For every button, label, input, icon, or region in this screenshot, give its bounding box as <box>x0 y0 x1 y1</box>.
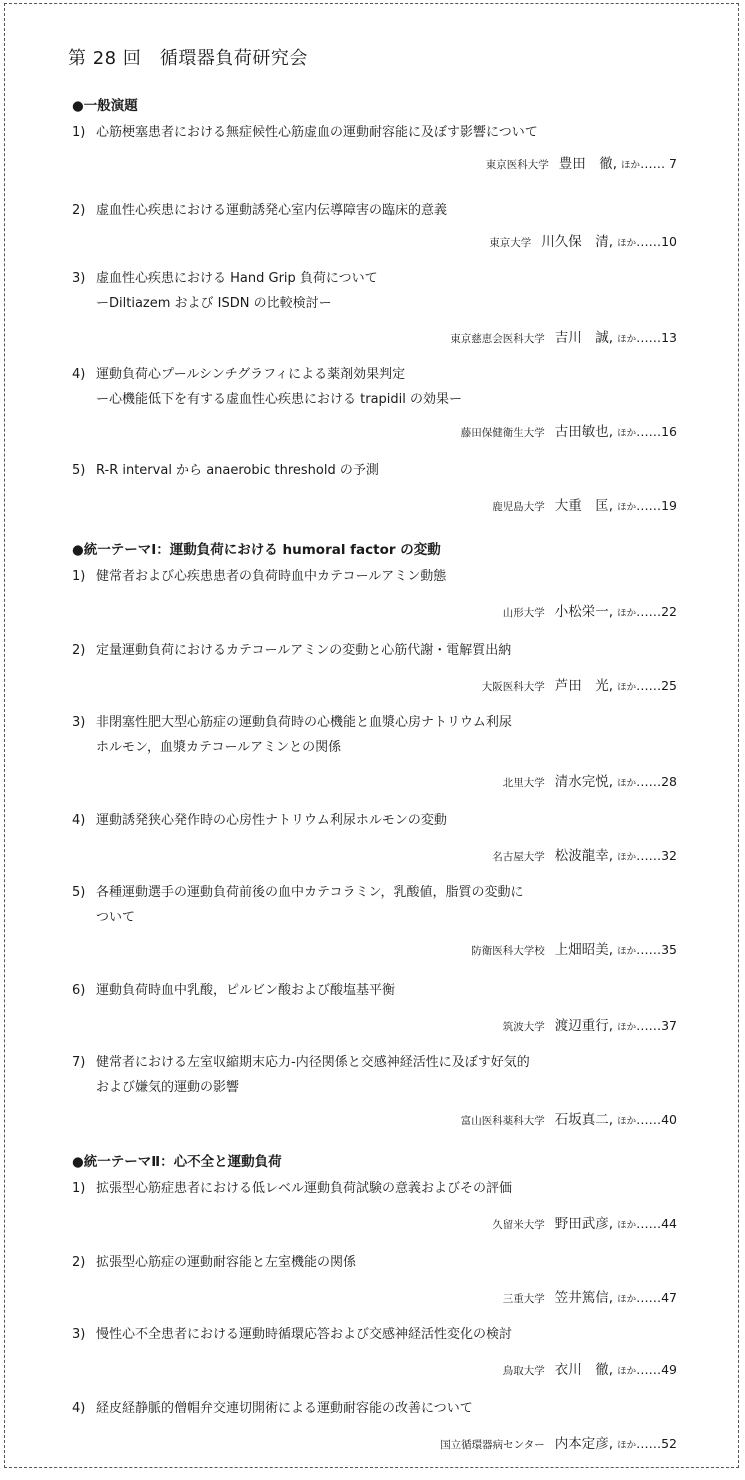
affiliation: 鳥取大学 <box>503 1365 545 1377</box>
item-line: 非閉塞性肥大型心筋症の運動負荷時の心機能と血漿心房ナトリウム利尿 <box>96 715 512 730</box>
toc-item-author: 北里大学清水完悦,ほか……28 <box>503 770 677 790</box>
affiliation: 富山医科薬科大学 <box>461 1115 545 1127</box>
toc-item-author: 山形大学小松栄一,ほか……22 <box>503 600 677 620</box>
author-name: 吉川 誠, <box>555 330 613 346</box>
et-al: ほか <box>617 778 636 789</box>
page-number[interactable]: ……16 <box>636 424 677 439</box>
page-number[interactable]: ……13 <box>636 330 677 345</box>
page-number[interactable]: ……19 <box>636 498 677 513</box>
toc-item-author: 藤田保健衛生大学古田敏也,ほか……16 <box>461 420 677 440</box>
item-line: 心筋梗塞患者における無症候性心筋虚血の運動耐容能に及ぼす影響について <box>96 125 538 140</box>
et-al: ほか <box>617 1366 636 1377</box>
item-line: R-R interval から anaerobic threshold の予測 <box>96 463 379 478</box>
page-title: 第 28 回 循環器負荷研究会 <box>68 44 308 70</box>
section-heading-theme-1: ●統一テーマⅠ：運動負荷における humoral factor の変動 <box>72 538 441 558</box>
item-line: 運動誘発狭心発作時の心房性ナトリウム利尿ホルモンの変動 <box>96 813 447 828</box>
author-name: 渡辺重行, <box>555 1018 613 1034</box>
item-line: 経皮経静脈的僧帽弁交連切開術による運動耐容能の改善について <box>96 1401 473 1416</box>
item-number: 2) <box>72 198 96 223</box>
item-line-cont: ホルモン，血漿カテコールアミンとの関係 <box>72 735 512 760</box>
toc-item-title[interactable]: 4)運動誘発狭心発作時の心房性ナトリウム利尿ホルモンの変動 <box>72 808 447 833</box>
toc-item-author: 防衛医科大学校上畑昭美,ほか……35 <box>471 938 677 958</box>
item-line: 慢性心不全患者における運動時循環応答および交感神経活性変化の検討 <box>96 1327 512 1342</box>
page-number[interactable]: ……37 <box>636 1018 677 1033</box>
page-number[interactable]: …… 7 <box>640 156 677 171</box>
et-al: ほか <box>621 160 640 171</box>
toc-item-author: 鳥取大学衣川 徹,ほか……49 <box>503 1358 677 1378</box>
et-al: ほか <box>617 1294 636 1305</box>
author-name: 清水完悦, <box>555 774 613 790</box>
author-name: 衣川 徹, <box>555 1362 613 1378</box>
page-number[interactable]: ……22 <box>636 604 677 619</box>
page-number[interactable]: ……47 <box>636 1290 677 1305</box>
toc-item-title[interactable]: 5)R-R interval から anaerobic threshold の予… <box>72 458 379 483</box>
author-name: 笠井篤信, <box>555 1290 613 1306</box>
toc-item-author: 三重大学笠井篤信,ほか……47 <box>503 1286 677 1306</box>
page-number[interactable]: ……32 <box>636 848 677 863</box>
toc-item-title[interactable]: 2)虚血性心疾患における運動誘発心室内伝導障害の臨床的意義 <box>72 198 447 223</box>
page-number[interactable]: ……49 <box>636 1362 677 1377</box>
page-number[interactable]: ……10 <box>636 234 677 249</box>
item-line: 拡張型心筋症の運動耐容能と左室機能の関係 <box>96 1255 356 1270</box>
item-line: 定量運動負荷におけるカテコールアミンの変動と心筋代謝・電解質出納 <box>96 643 511 658</box>
item-number: 4) <box>72 808 96 833</box>
item-number: 3) <box>72 710 96 735</box>
toc-item-author: 大阪医科大学芦田 光,ほか……25 <box>482 674 677 694</box>
toc-item-title[interactable]: 4)経皮経静脈的僧帽弁交連切開術による運動耐容能の改善について <box>72 1396 473 1421</box>
toc-item-author: 富山医科薬科大学石坂真二,ほか……40 <box>461 1108 677 1128</box>
author-name: 小松栄一, <box>555 604 613 620</box>
affiliation: 大阪医科大学 <box>482 681 545 693</box>
et-al: ほか <box>617 1116 636 1127</box>
author-name: 内本定彦, <box>555 1436 613 1452</box>
item-line: 虚血性心疾患における運動誘発心室内伝導障害の臨床的意義 <box>96 203 447 218</box>
toc-item-title[interactable]: 6)運動負荷時血中乳酸，ピルビン酸および酸塩基平衡 <box>72 978 395 1003</box>
page-number[interactable]: ……52 <box>636 1436 677 1451</box>
toc-item-author: 名古屋大学松波龍幸,ほか……32 <box>492 844 677 864</box>
toc-item-title[interactable]: 7)健常者における左室収縮期末応力-内径関係と交感神経活性に及ぼす好気的および嫌… <box>72 1050 530 1100</box>
item-subtitle: ーDiltiazem および ISDN の比較検討ー <box>72 291 378 316</box>
item-number: 3) <box>72 1322 96 1347</box>
page-number[interactable]: ……28 <box>636 774 677 789</box>
toc-item-title[interactable]: 2)拡張型心筋症の運動耐容能と左室機能の関係 <box>72 1250 356 1275</box>
affiliation: 東京大学 <box>489 237 531 249</box>
item-number: 2) <box>72 1250 96 1275</box>
toc-item-title[interactable]: 3)慢性心不全患者における運動時循環応答および交感神経活性変化の検討 <box>72 1322 512 1347</box>
affiliation: 三重大学 <box>503 1293 545 1305</box>
item-line: 運動負荷心プールシンチグラフィによる薬剤効果判定 <box>96 367 405 382</box>
toc-item-title[interactable]: 2)定量運動負荷におけるカテコールアミンの変動と心筋代謝・電解質出納 <box>72 638 511 663</box>
author-name: 芦田 光, <box>555 678 613 694</box>
toc-item-title[interactable]: 1)拡張型心筋症患者における低レベル運動負荷試験の意義およびその評価 <box>72 1176 512 1201</box>
affiliation: 国立循環器病センター <box>440 1439 545 1451</box>
item-number: 2) <box>72 638 96 663</box>
item-number: 1) <box>72 120 96 145</box>
item-line-cont: ついて <box>72 905 523 930</box>
affiliation: 防衛医科大学校 <box>471 945 545 957</box>
et-al: ほか <box>617 334 636 345</box>
page-number[interactable]: ……44 <box>636 1216 677 1231</box>
et-al: ほか <box>617 502 636 513</box>
item-number: 7) <box>72 1050 96 1075</box>
toc-item-title[interactable]: 1)健常者および心疾患患者の負荷時血中カテコールアミン動態 <box>72 564 446 589</box>
toc-item-author: 東京慈恵会医科大学吉川 誠,ほか……13 <box>450 326 677 346</box>
affiliation: 東京医科大学 <box>486 159 549 171</box>
toc-item-title[interactable]: 3)非閉塞性肥大型心筋症の運動負荷時の心機能と血漿心房ナトリウム利尿ホルモン，血… <box>72 710 512 760</box>
et-al: ほか <box>617 946 636 957</box>
item-number: 4) <box>72 1396 96 1421</box>
toc-item-author: 国立循環器病センター内本定彦,ほか……52 <box>440 1432 677 1452</box>
author-name: 上畑昭美, <box>555 942 613 958</box>
item-number: 5) <box>72 880 96 905</box>
et-al: ほか <box>617 1440 636 1451</box>
affiliation: 北里大学 <box>503 777 545 789</box>
item-line: 各種運動選手の運動負荷前後の血中カテコラミン，乳酸値，脂質の変動に <box>96 885 523 900</box>
affiliation: 藤田保健衛生大学 <box>461 427 545 439</box>
item-number: 1) <box>72 1176 96 1201</box>
et-al: ほか <box>617 238 636 249</box>
author-name: 古田敏也, <box>555 424 613 440</box>
section-heading-general: ●一般演題 <box>72 94 138 114</box>
toc-item-author: 東京大学川久保 清,ほか……10 <box>489 230 677 250</box>
et-al: ほか <box>617 682 636 693</box>
item-line: 拡張型心筋症患者における低レベル運動負荷試験の意義およびその評価 <box>96 1181 512 1196</box>
et-al: ほか <box>617 1220 636 1231</box>
toc-item-author: 久留米大学野田武彦,ほか……44 <box>492 1212 677 1232</box>
affiliation: 久留米大学 <box>492 1219 545 1231</box>
et-al: ほか <box>617 1022 636 1033</box>
page-number[interactable]: ……40 <box>636 1112 677 1127</box>
et-al: ほか <box>617 428 636 439</box>
toc-item-author: 鹿児島大学大重 匡,ほか……19 <box>492 494 677 514</box>
toc-item-title[interactable]: 1)心筋梗塞患者における無症候性心筋虚血の運動耐容能に及ぼす影響について <box>72 120 538 145</box>
section-heading-theme-2: ●統一テーマⅡ：心不全と運動負荷 <box>72 1150 282 1170</box>
et-al: ほか <box>617 852 636 863</box>
author-name: 豊田 徹, <box>559 156 617 172</box>
item-line-cont: および嫌気的運動の影響 <box>72 1075 530 1100</box>
item-number: 6) <box>72 978 96 1003</box>
author-name: 野田武彦, <box>555 1216 613 1232</box>
affiliation: 山形大学 <box>503 607 545 619</box>
toc-item-title[interactable]: 3)虚血性心疾患における Hand Grip 負荷についてーDiltiazem … <box>72 266 378 316</box>
affiliation: 筑波大学 <box>503 1021 545 1033</box>
toc-item-title[interactable]: 4)運動負荷心プールシンチグラフィによる薬剤効果判定ー心機能低下を有する虚血性心… <box>72 362 462 412</box>
toc-item-title[interactable]: 5)各種運動選手の運動負荷前後の血中カテコラミン，乳酸値，脂質の変動について <box>72 880 523 930</box>
item-number: 4) <box>72 362 96 387</box>
affiliation: 名古屋大学 <box>492 851 545 863</box>
author-name: 川久保 清, <box>541 234 613 250</box>
item-number: 5) <box>72 458 96 483</box>
affiliation: 鹿児島大学 <box>492 501 545 513</box>
author-name: 石坂真二, <box>555 1112 613 1128</box>
item-subtitle: ー心機能低下を有する虚血性心疾患における trapidil の効果ー <box>72 387 462 412</box>
affiliation: 東京慈恵会医科大学 <box>450 333 545 345</box>
author-name: 大重 匡, <box>555 498 613 514</box>
et-al: ほか <box>617 608 636 619</box>
author-name: 松波龍幸, <box>555 848 613 864</box>
item-line: 健常者における左室収縮期末応力-内径関係と交感神経活性に及ぼす好気的 <box>96 1055 530 1070</box>
toc-item-author: 筑波大学渡辺重行,ほか……37 <box>503 1014 677 1034</box>
item-line: 虚血性心疾患における Hand Grip 負荷について <box>96 271 378 286</box>
item-number: 3) <box>72 266 96 291</box>
page-number[interactable]: ……25 <box>636 678 677 693</box>
page-number[interactable]: ……35 <box>636 942 677 957</box>
item-line: 健常者および心疾患患者の負荷時血中カテコールアミン動態 <box>96 569 446 584</box>
item-number: 1) <box>72 564 96 589</box>
item-line: 運動負荷時血中乳酸，ピルビン酸および酸塩基平衡 <box>96 983 395 998</box>
toc-item-author: 東京医科大学豊田 徹,ほか…… 7 <box>486 152 677 172</box>
